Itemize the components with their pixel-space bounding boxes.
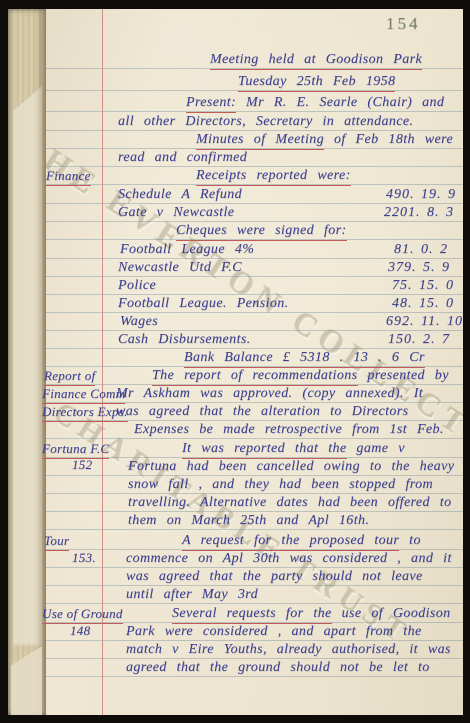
page-edge-fold-top: [13, 86, 42, 646]
manuscript-line: Receipts reported were:: [196, 168, 351, 183]
amount-value: 81. 0. 2: [394, 242, 448, 258]
handwritten-text: was agreed that the alteration to Direct…: [116, 404, 408, 419]
ruled-line: [46, 294, 463, 295]
underlined-text: Several requests for the: [172, 606, 332, 624]
handwritten-text: Football League 4%: [120, 242, 254, 257]
handwritten-text: Mr Askham was approved. (copy annexed). …: [116, 386, 423, 401]
handwritten-text: all other Directors, Secretary in attend…: [118, 114, 413, 129]
ruled-line: [46, 130, 463, 131]
manuscript-line: Cheques were signed for:: [176, 223, 347, 238]
ruled-line: [46, 493, 463, 494]
handwritten-text: of Feb 18th were: [324, 132, 453, 147]
handwritten-text: Fortuna had been cancelled owing to the …: [128, 459, 454, 474]
manuscript-line: agreed that the ground should not be let…: [126, 660, 430, 675]
underlined-text: Tuesday 25th Feb 1958: [238, 74, 395, 92]
manuscript-line: Football League. Pension.: [118, 296, 289, 311]
scanned-minute-book-page: THE EVERTON COLLECTION CHARITABLE TRUST …: [0, 0, 470, 723]
ruled-line: [46, 111, 463, 112]
handwritten-text: was agreed that the party should not lea…: [126, 569, 423, 584]
manuscript-line: all other Directors, Secretary in attend…: [118, 114, 413, 129]
handwritten-text: Football League. Pension.: [118, 296, 289, 311]
margin-note: Finance: [46, 168, 91, 186]
handwritten-text: Cash Disbursements.: [118, 332, 251, 347]
manuscript-line: Schedule A Refund: [118, 187, 242, 202]
manuscript-line: Mr Askham was approved. (copy annexed). …: [116, 386, 423, 401]
handwritten-text: them on March 25th and Apl 16th.: [128, 513, 369, 528]
margin-note: Directors Exps.: [42, 404, 128, 422]
ruled-line: [46, 166, 463, 167]
manuscript-line: Police: [118, 278, 156, 293]
manuscript-line: Expenses be made retrospective from 1st …: [134, 422, 444, 437]
ruled-line: [46, 511, 463, 512]
handwritten-text: read and confirmed: [118, 150, 247, 165]
handwritten-text: presented by: [358, 368, 449, 383]
handwritten-text: Expenses be made retrospective from 1st …: [134, 422, 444, 437]
underlined-text: Minutes of Meeting: [196, 132, 324, 150]
manuscript-line: Minutes of Meeting of Feb 18th were: [196, 132, 453, 147]
handwritten-text: to: [399, 533, 421, 548]
handwritten-text: Newcastle Utd F.C: [118, 260, 242, 275]
underlined-text: A request for the proposed tour: [182, 533, 399, 551]
underlined-text: The report of recommendations: [152, 368, 358, 386]
ruled-line: [46, 475, 463, 476]
amount-value: 150. 2. 7: [388, 332, 450, 348]
manuscript-line: snow fall , and they had been stopped fr…: [128, 477, 433, 492]
ruled-line: [46, 203, 463, 204]
handwritten-text: Gate v Newcastle: [118, 205, 234, 220]
handwritten-text: Schedule A Refund: [118, 187, 242, 202]
handwritten-text: travelling. Alternative dates had been o…: [128, 495, 452, 510]
handwritten-text: match v Eire Youths, already authorised,…: [126, 642, 451, 657]
manuscript-line: Bank Balance £ 5318 . 13 . 6 Cr: [184, 350, 425, 365]
manuscript-line: Newcastle Utd F.C: [118, 260, 242, 275]
manuscript-line: Wages: [120, 314, 158, 329]
manuscript-line: Tuesday 25th Feb 1958: [238, 74, 395, 89]
margin-note: 148: [70, 623, 90, 639]
handwritten-text: until after May 3rd: [126, 587, 258, 602]
margin-note: Use of Ground: [42, 606, 123, 624]
ruled-line: [46, 658, 463, 659]
underlined-text: Present:: [186, 95, 236, 113]
ruled-line: [46, 529, 463, 530]
ruled-line: [46, 258, 463, 259]
manuscript-line: Cash Disbursements.: [118, 332, 251, 347]
margin-note: Finance Comm: [42, 386, 125, 404]
ruled-line: [46, 640, 463, 641]
handwritten-text: use of Goodison: [332, 606, 451, 621]
handwritten-text: agreed that the ground should not be let…: [126, 660, 430, 675]
ruled-line: [46, 312, 463, 313]
margin-note: Tour: [44, 533, 69, 551]
handwritten-text: snow fall , and they had been stopped fr…: [128, 477, 433, 492]
underlined-text: Receipts reported were:: [196, 168, 351, 186]
ruled-line: [46, 585, 463, 586]
amount-value: 48. 15. 0: [392, 296, 454, 312]
amount-value: 2201. 8. 3: [384, 205, 454, 221]
ruled-line: [46, 438, 463, 439]
amount-value: 75. 15. 0: [392, 278, 454, 294]
book-edge-strip: [8, 9, 46, 715]
manuscript-line: The report of recommendations presented …: [152, 368, 449, 383]
margin-note: 153.: [72, 550, 96, 566]
manuscript-line: was agreed that the alteration to Direct…: [116, 404, 408, 419]
margin-note: 152: [72, 457, 92, 473]
manuscript-line: commence on Apl 30th was considered , an…: [126, 551, 452, 566]
handwritten-text: game v: [347, 441, 405, 456]
handwritten-text: Mr R. E. Searle (Chair) and: [236, 95, 444, 110]
ruled-line: [46, 348, 463, 349]
handwritten-text: Police: [118, 278, 156, 293]
amount-value: 379. 5. 9: [388, 260, 450, 276]
handwritten-text: Park were considered , and apart from th…: [126, 624, 422, 639]
ruled-line: [46, 567, 463, 568]
amount-value: 692. 11. 10: [386, 314, 463, 330]
manuscript-line: Several requests for the use of Goodison: [172, 606, 451, 621]
ruled-line: [46, 221, 463, 222]
manuscript-line: A request for the proposed tour to: [182, 533, 421, 548]
ruled-line: [46, 603, 463, 604]
amount-value: 490. 19. 9: [386, 187, 456, 203]
manuscript-line: Football League 4%: [120, 242, 254, 257]
manuscript-line: until after May 3rd: [126, 587, 258, 602]
manuscript-line: read and confirmed: [118, 150, 247, 165]
manuscript-line: match v Eire Youths, already authorised,…: [126, 642, 451, 657]
ruled-line: [46, 276, 463, 277]
manuscript-line: travelling. Alternative dates had been o…: [128, 495, 452, 510]
manuscript-line: It was reported that the game v: [182, 441, 405, 456]
underlined-text: Meeting held at Goodison Park: [210, 52, 422, 70]
handwritten-text: Wages: [120, 314, 158, 329]
manuscript-line: Gate v Newcastle: [118, 205, 234, 220]
manuscript-line: Park were considered , and apart from th…: [126, 624, 422, 639]
manuscript-line: them on March 25th and Apl 16th.: [128, 513, 369, 528]
underlined-text: Cheques were signed for:: [176, 223, 347, 241]
manuscript-line: Meeting held at Goodison Park: [210, 52, 422, 67]
ruled-line: [46, 330, 463, 331]
page-number: 154: [386, 14, 421, 34]
manuscript-line: Present: Mr R. E. Searle (Chair) and: [186, 95, 444, 110]
margin-note: Report of: [44, 368, 95, 386]
handwritten-text: commence on Apl 30th was considered , an…: [126, 551, 452, 566]
manuscript-line: was agreed that the party should not lea…: [126, 569, 423, 584]
underlined-text: Bank Balance £ 5318 . 13 . 6 Cr: [184, 350, 425, 368]
ruled-line: [46, 676, 463, 677]
underlined-text: It was reported that the: [182, 441, 347, 459]
manuscript-line: Fortuna had been cancelled owing to the …: [128, 459, 454, 474]
page-edge-fold-bottom: [11, 646, 42, 715]
